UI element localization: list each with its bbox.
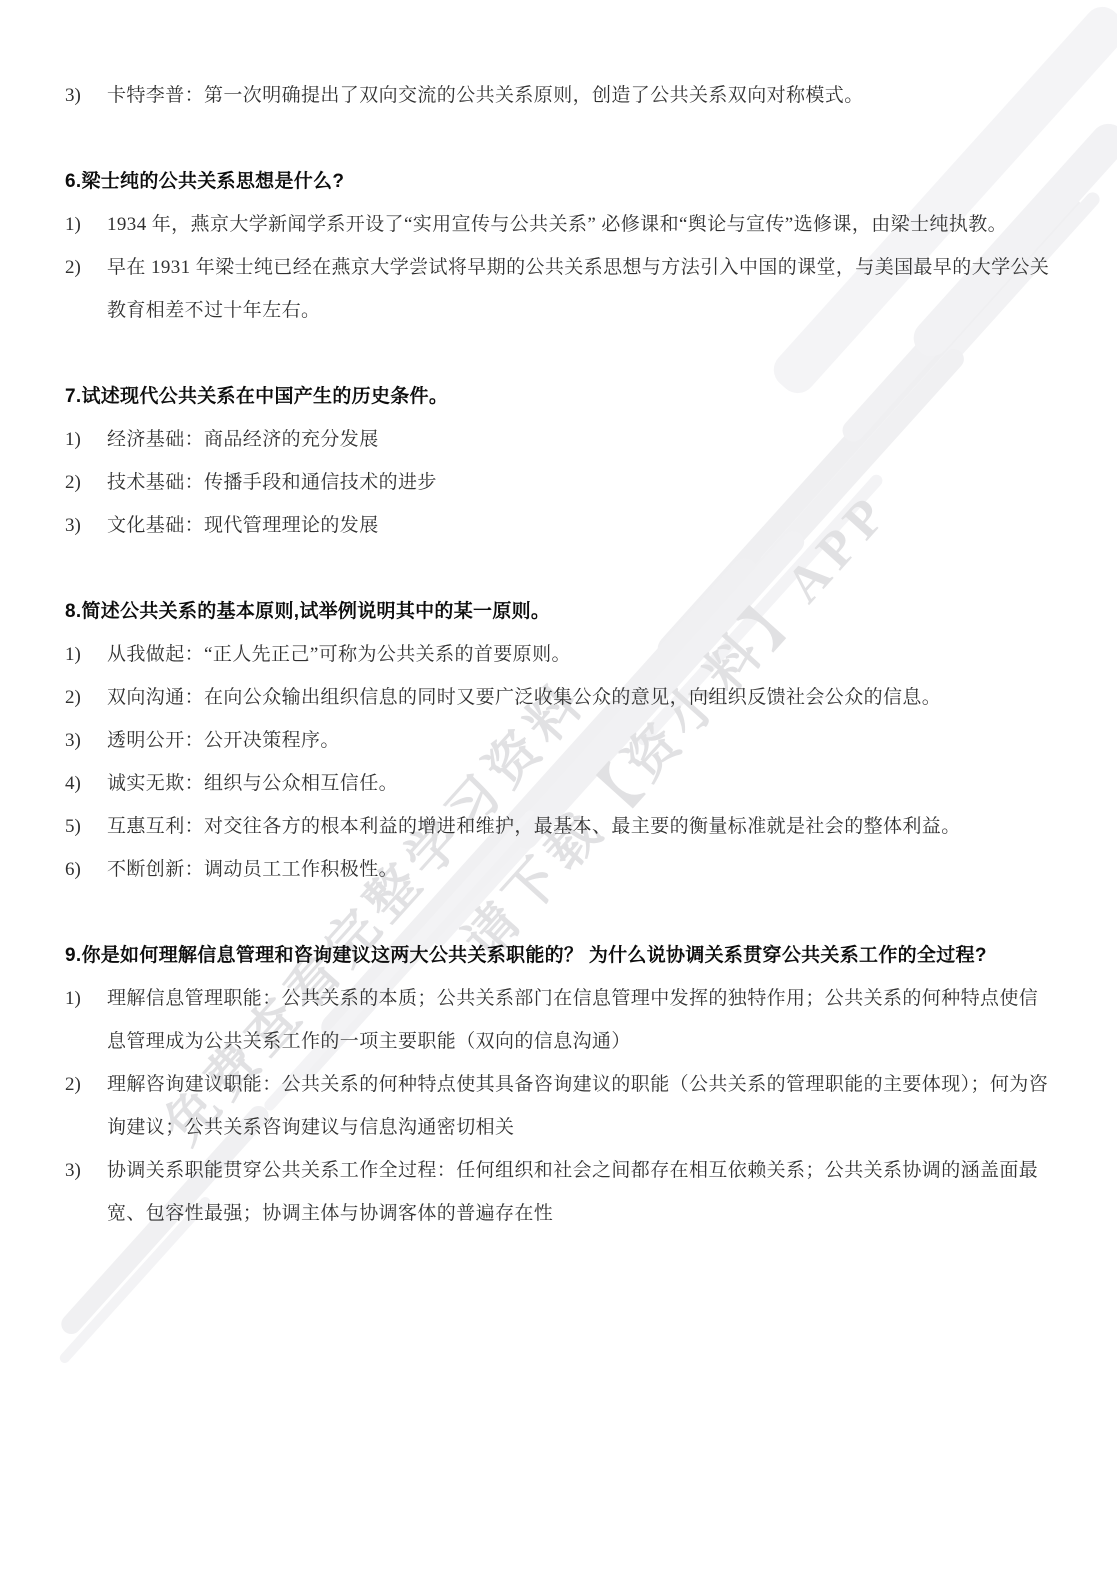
item-number: 2) — [65, 461, 107, 504]
list-item: 1) 经济基础：商品经济的充分发展 — [65, 418, 1053, 461]
document-body: 3) 卡特李普：第一次明确提出了双向交流的公共关系原则，创造了公共关系双向对称模… — [65, 74, 1053, 1235]
item-number: 4) — [65, 762, 107, 805]
item-number: 3) — [65, 1149, 107, 1235]
list-item: 3) 文化基础：现代管理理论的发展 — [65, 504, 1053, 547]
list-item: 4) 诚实无欺：组织与公众相互信任。 — [65, 762, 1053, 805]
list-item: 1) 1934 年，燕京大学新闻学系开设了“实用宣传与公共关系” 必修课和“舆论… — [65, 203, 1053, 246]
item-text: 经济基础：商品经济的充分发展 — [107, 418, 1053, 461]
blank-line — [65, 547, 1053, 590]
item-text: 透明公开：公开决策程序。 — [107, 719, 1053, 762]
document-page: 免费查看完整学习资料 请下载【资小料】APP 3) 卡特李普：第一次明确提出了双… — [0, 0, 1117, 1579]
item-number: 2) — [65, 246, 107, 332]
list-item: 2) 双向沟通：在向公众输出组织信息的同时又要广泛收集公众的意见，向组织反馈社会… — [65, 676, 1053, 719]
item-number: 3) — [65, 719, 107, 762]
list-item: 3) 协调关系职能贯穿公共关系工作全过程：任何组织和社会之间都存在相互依赖关系；… — [65, 1149, 1053, 1235]
list-item: 2) 技术基础：传播手段和通信技术的进步 — [65, 461, 1053, 504]
item-number: 3) — [65, 504, 107, 547]
list-item: 1) 理解信息管理职能：公共关系的本质；公共关系部门在信息管理中发挥的独特作用；… — [65, 977, 1053, 1063]
item-text: 文化基础：现代管理理论的发展 — [107, 504, 1053, 547]
item-text: 早在 1931 年梁士纯已经在燕京大学尝试将早期的公共关系思想与方法引入中国的课… — [107, 246, 1053, 332]
item-number: 1) — [65, 203, 107, 246]
blank-line — [65, 117, 1053, 160]
item-number: 2) — [65, 676, 107, 719]
list-item: 1) 从我做起：“正人先正己”可称为公共关系的首要原则。 — [65, 633, 1053, 676]
item-number: 1) — [65, 977, 107, 1063]
item-text: 协调关系职能贯穿公共关系工作全过程：任何组织和社会之间都存在相互依赖关系；公共关… — [107, 1149, 1053, 1235]
item-number: 1) — [65, 633, 107, 676]
section-heading-6: 6.梁士纯的公共关系思想是什么? — [65, 160, 1053, 203]
item-text: 理解信息管理职能：公共关系的本质；公共关系部门在信息管理中发挥的独特作用；公共关… — [107, 977, 1053, 1063]
item-number: 6) — [65, 848, 107, 891]
list-item: 5) 互惠互利：对交往各方的根本利益的增进和维护，最基本、最主要的衡量标准就是社… — [65, 805, 1053, 848]
item-text: 技术基础：传播手段和通信技术的进步 — [107, 461, 1053, 504]
list-item: 6) 不断创新：调动员工工作积极性。 — [65, 848, 1053, 891]
list-item: 3) 透明公开：公开决策程序。 — [65, 719, 1053, 762]
item-text: 不断创新：调动员工工作积极性。 — [107, 848, 1053, 891]
list-item: 2) 早在 1931 年梁士纯已经在燕京大学尝试将早期的公共关系思想与方法引入中… — [65, 246, 1053, 332]
section-heading-8: 8.简述公共关系的基本原则,试举例说明其中的某一原则。 — [65, 590, 1053, 633]
blank-line — [65, 332, 1053, 375]
section-heading-9: 9.你是如何理解信息管理和咨询建议这两大公共关系职能的？ 为什么说协调关系贯穿公… — [65, 934, 1053, 977]
section-heading-7: 7.试述现代公共关系在中国产生的历史条件。 — [65, 375, 1053, 418]
item-number: 1) — [65, 418, 107, 461]
blank-line — [65, 891, 1053, 934]
list-item: 3) 卡特李普：第一次明确提出了双向交流的公共关系原则，创造了公共关系双向对称模… — [65, 74, 1053, 117]
item-text: 理解咨询建议职能：公共关系的何种特点使其具备咨询建议的职能（公共关系的管理职能的… — [107, 1063, 1053, 1149]
item-text: 诚实无欺：组织与公众相互信任。 — [107, 762, 1053, 805]
list-item: 2) 理解咨询建议职能：公共关系的何种特点使其具备咨询建议的职能（公共关系的管理… — [65, 1063, 1053, 1149]
item-number: 2) — [65, 1063, 107, 1149]
item-number: 3) — [65, 74, 107, 117]
item-text: 双向沟通：在向公众输出组织信息的同时又要广泛收集公众的意见，向组织反馈社会公众的… — [107, 676, 1053, 719]
item-text: 互惠互利：对交往各方的根本利益的增进和维护，最基本、最主要的衡量标准就是社会的整… — [107, 805, 1053, 848]
item-number: 5) — [65, 805, 107, 848]
item-text: 1934 年，燕京大学新闻学系开设了“实用宣传与公共关系” 必修课和“舆论与宣传… — [107, 203, 1053, 246]
item-text: 卡特李普：第一次明确提出了双向交流的公共关系原则，创造了公共关系双向对称模式。 — [107, 74, 1053, 117]
item-text: 从我做起：“正人先正己”可称为公共关系的首要原则。 — [107, 633, 1053, 676]
